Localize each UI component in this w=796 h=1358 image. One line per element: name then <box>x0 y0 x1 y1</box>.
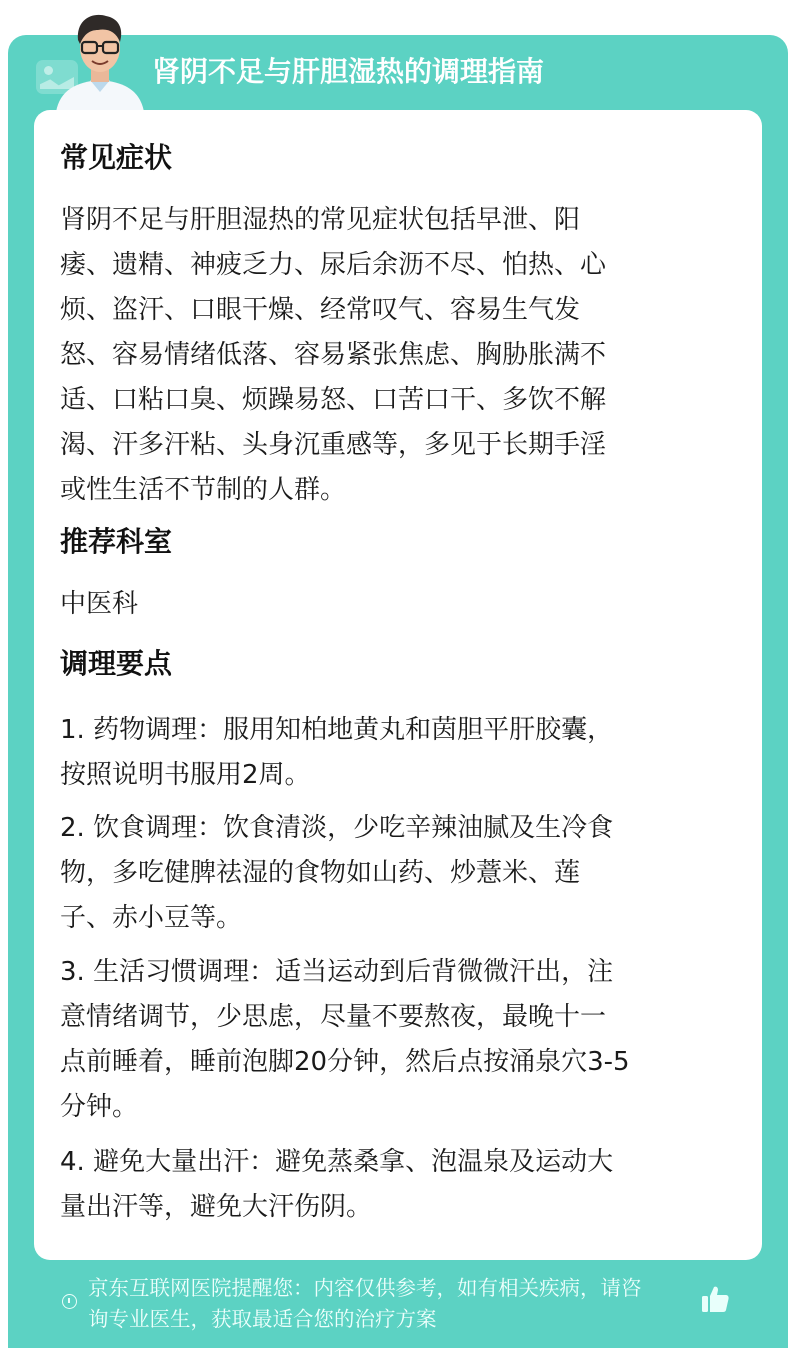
care-item-medication: 1. 药物调理：服用知柏地黄丸和茵胆平肝胶囊， 按照说明书服用2周。 <box>60 708 740 798</box>
care-item-lifestyle: 3. 生活习惯调理：适当运动到后背微微汗出，注 意情绪调节，少思虑，尽量不要熬夜… <box>60 950 740 1130</box>
care-line: 分钟。 <box>60 1085 740 1130</box>
symptoms-line: 或性生活不节制的人群。 <box>60 468 740 513</box>
thumbs-up-icon[interactable] <box>700 1284 730 1314</box>
info-icon <box>62 1294 77 1309</box>
disclaimer-line: 询专业医生，获取最适合您的治疗方案 <box>88 1304 688 1335</box>
care-line: 子、赤小豆等。 <box>60 896 740 941</box>
symptoms-line: 渴、汗多汗粘、头身沉重感等，多见于长期手淫 <box>60 423 740 468</box>
department-value: 中医科 <box>60 582 740 627</box>
care-line: 点前睡着，睡前泡脚20分钟，然后点按涌泉穴3-5 <box>60 1040 740 1085</box>
care-line: 意情绪调节，少思虑，尽量不要熬夜，最晚十一 <box>60 995 740 1040</box>
symptoms-line: 肾阴不足与肝胆湿热的常见症状包括早泄、阳 <box>60 198 740 243</box>
care-line: 2. 饮食调理：饮食清淡，少吃辛辣油腻及生冷食 <box>60 806 740 851</box>
page-title: 肾阴不足与肝胆湿热的调理指南 <box>152 50 544 90</box>
care-line: 量出汗等，避免大汗伤阴。 <box>60 1185 740 1230</box>
care-line: 1. 药物调理：服用知柏地黄丸和茵胆平肝胶囊， <box>60 708 740 753</box>
care-line: 4. 避免大量出汗：避免蒸桑拿、泡温泉及运动大 <box>60 1140 740 1185</box>
symptoms-line: 适、口粘口臭、烦躁易怒、口苦口干、多饮不解 <box>60 378 740 423</box>
symptoms-line: 烦、盗汗、口眼干燥、经常叹气、容易生气发 <box>60 288 740 333</box>
section-title-department: 推荐科室 <box>60 520 172 560</box>
care-item-diet: 2. 饮食调理：饮食清淡，少吃辛辣油腻及生冷食 物，多吃健脾祛湿的食物如山药、炒… <box>60 806 740 941</box>
doctor-avatar <box>48 6 152 112</box>
disclaimer-text: 京东互联网医院提醒您：内容仅供参考，如有相关疾病，请咨 询专业医生，获取最适合您… <box>88 1273 688 1335</box>
section-title-care: 调理要点 <box>60 642 172 682</box>
section-title-symptoms: 常见症状 <box>60 136 172 176</box>
content-card: 常见症状 肾阴不足与肝胆湿热的常见症状包括早泄、阳 痿、遗精、神疲乏力、尿后余沥… <box>34 110 762 1260</box>
disclaimer-line: 京东互联网医院提醒您：内容仅供参考，如有相关疾病，请咨 <box>88 1273 688 1304</box>
symptoms-line: 怒、容易情绪低落、容易紧张焦虑、胸胁胀满不 <box>60 333 740 378</box>
care-item-sweat: 4. 避免大量出汗：避免蒸桑拿、泡温泉及运动大 量出汗等，避免大汗伤阴。 <box>60 1140 740 1230</box>
care-line: 物，多吃健脾祛湿的食物如山药、炒薏米、莲 <box>60 851 740 896</box>
care-line: 3. 生活习惯调理：适当运动到后背微微汗出，注 <box>60 950 740 995</box>
symptoms-line: 痿、遗精、神疲乏力、尿后余沥不尽、怕热、心 <box>60 243 740 288</box>
care-line: 按照说明书服用2周。 <box>60 753 740 798</box>
symptoms-text: 肾阴不足与肝胆湿热的常见症状包括早泄、阳 痿、遗精、神疲乏力、尿后余沥不尽、怕热… <box>60 198 740 513</box>
